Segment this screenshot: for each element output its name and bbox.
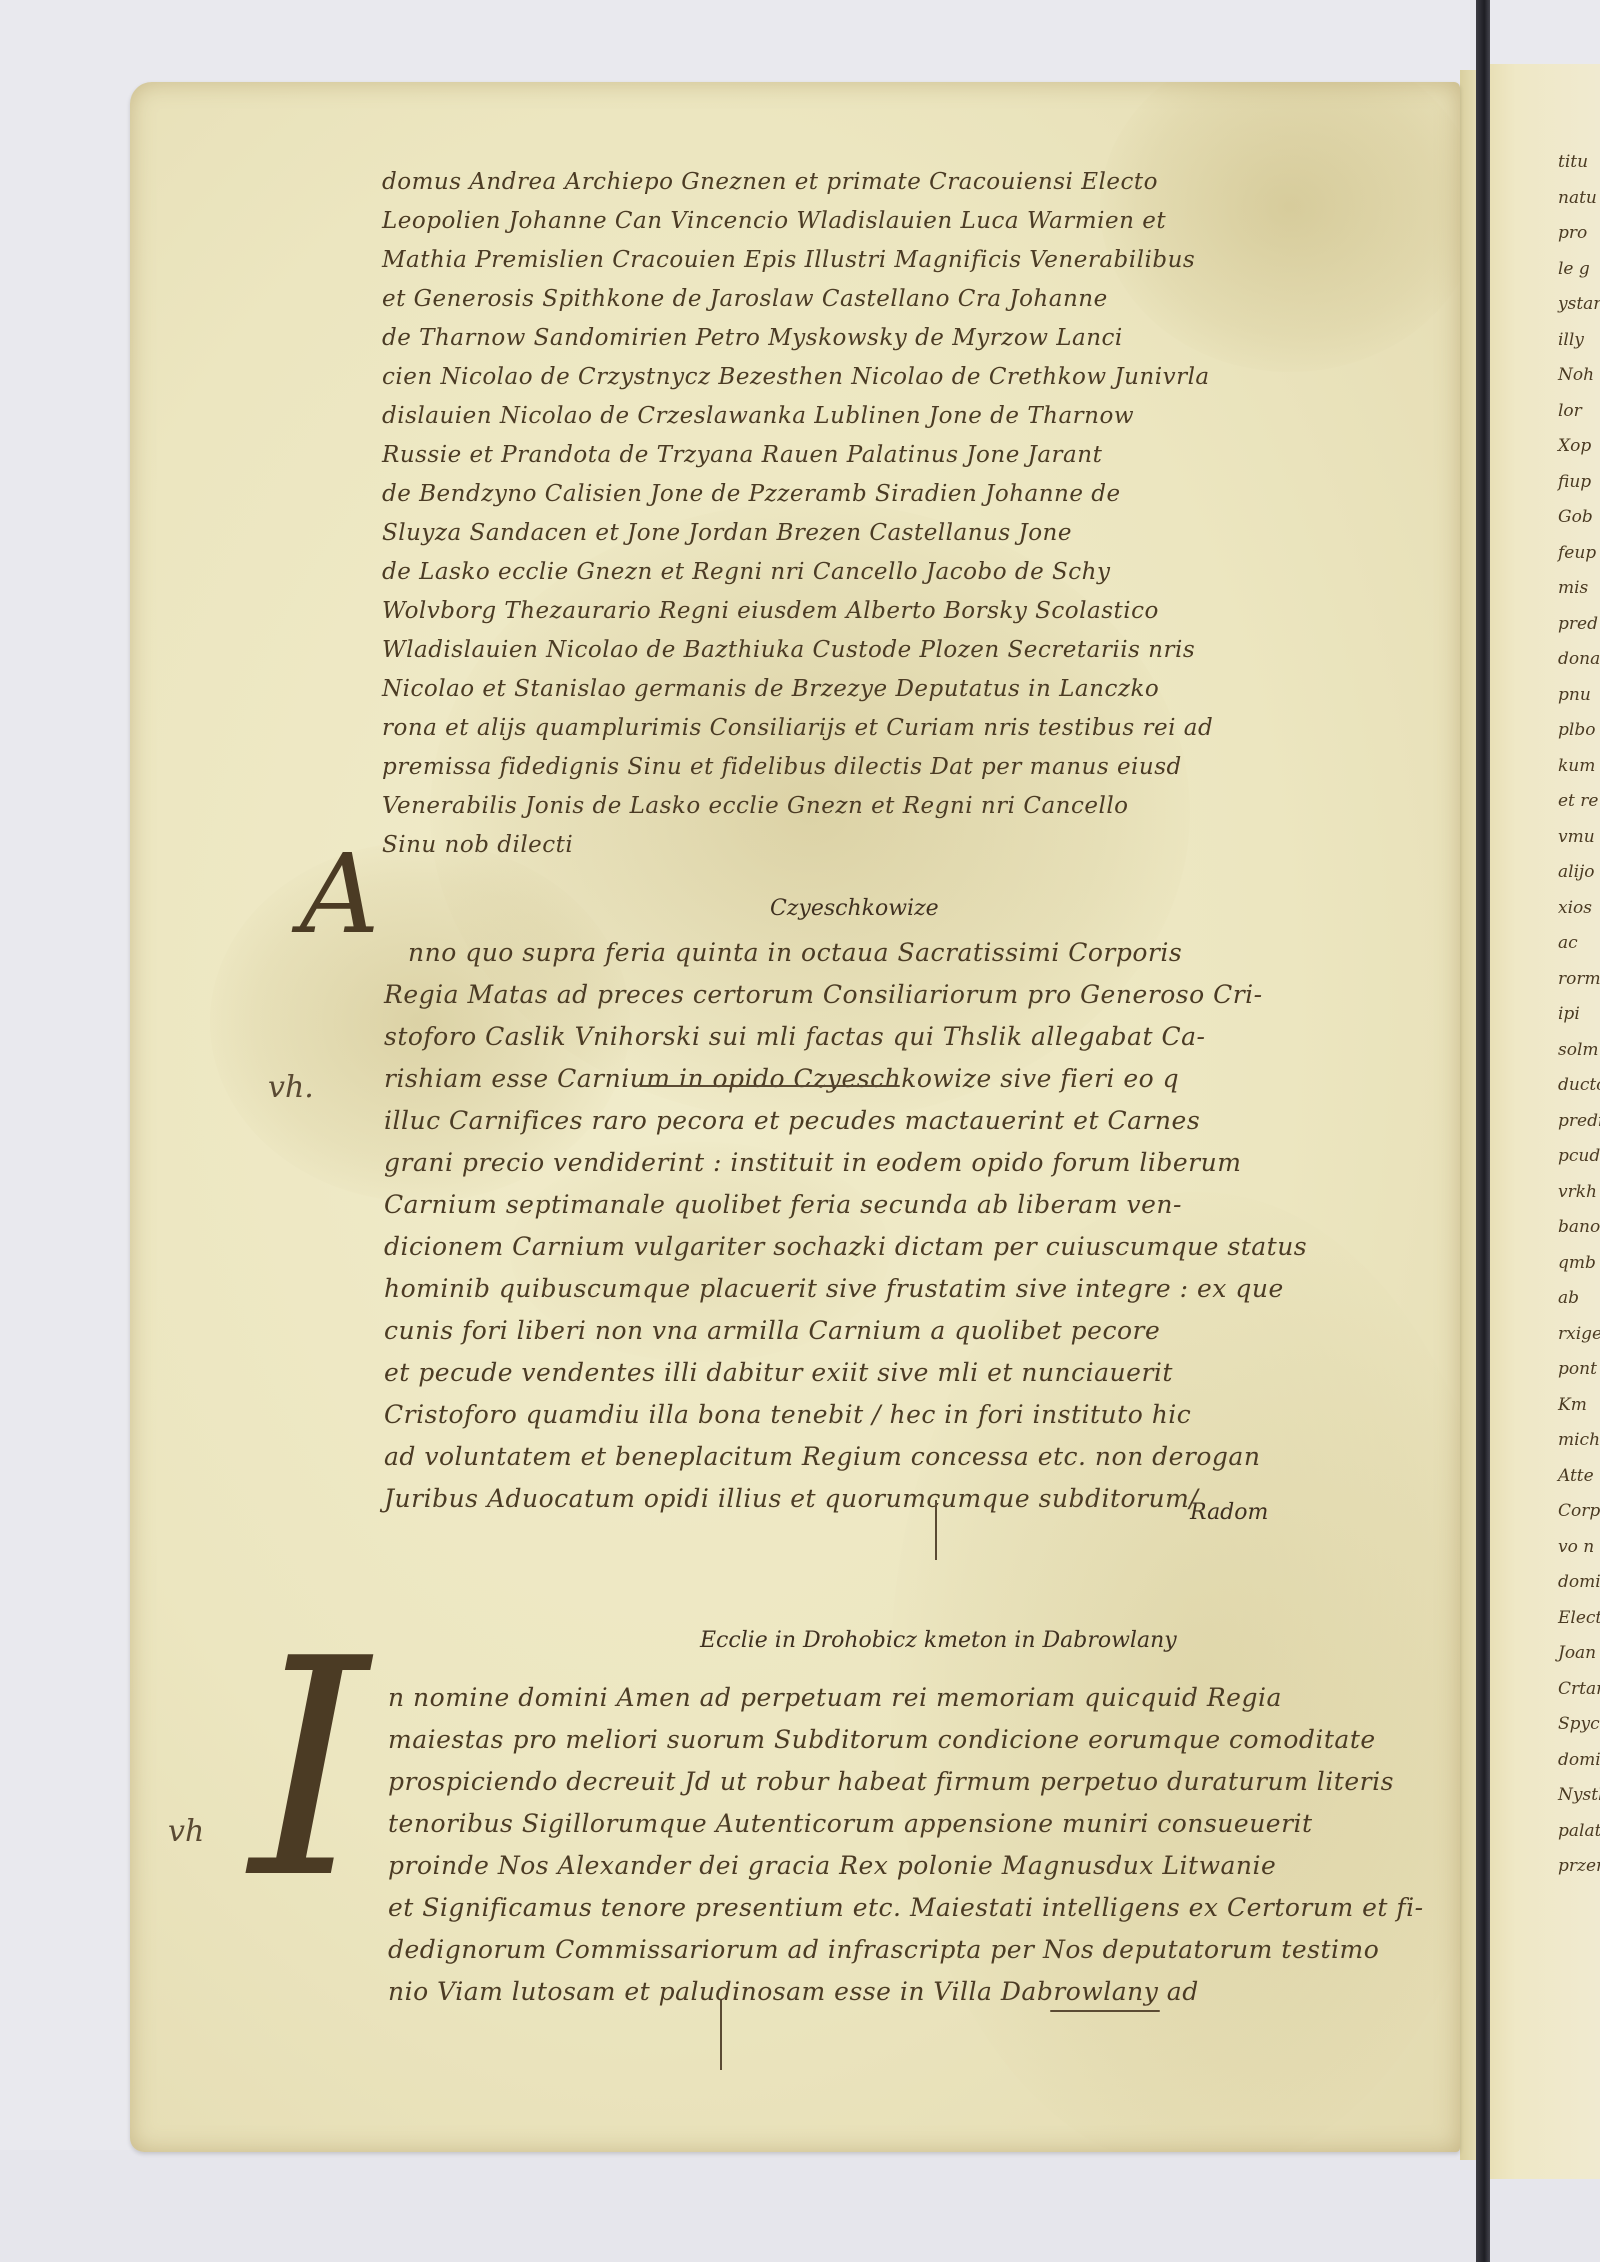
text-line: tenoribus Sigillorumque Autenticorum app…: [388, 1803, 1424, 1845]
facing-page-line-fragment: Xop: [1558, 436, 1591, 456]
text-line: nno quo supra feria quinta in octaua Sac…: [384, 932, 1307, 974]
facing-page-line-fragment: vmu: [1558, 827, 1595, 847]
decorated-initial: I: [250, 1620, 369, 1920]
text-line: Mathia Premislien Cracouien Epis Illustr…: [382, 241, 1213, 280]
text-line: et Significamus tenore presentium etc. M…: [388, 1887, 1424, 1929]
facing-page-line-fragment: Noh: [1558, 365, 1594, 385]
facing-page-line-fragment: le g: [1558, 259, 1590, 279]
text-line: dicionem Carnium vulgariter sochazki dic…: [384, 1226, 1307, 1268]
facing-page-line-fragment: feup: [1558, 543, 1596, 563]
text-line: hominib quibuscumque placuerit sive frus…: [384, 1268, 1307, 1310]
text-line: Sinu nob dilecti: [382, 826, 1213, 865]
facing-page: titunatuprole gystarillyNohlorXopfiupGob…: [1480, 64, 1600, 2179]
facing-page-line-fragment: Atte: [1558, 1466, 1594, 1486]
facing-page-line-fragment: solm: [1558, 1040, 1599, 1060]
facing-page-line-fragment: mich: [1558, 1430, 1600, 1450]
ink-flourish: [720, 2000, 722, 2070]
text-line: domus Andrea Archiepo Gneznen et primate…: [382, 163, 1213, 202]
catchword: Radom: [1190, 1500, 1268, 1525]
text-line: Nicolao et Stanislao germanis de Brzezye…: [382, 670, 1213, 709]
facing-page-line-fragment: Corpo: [1558, 1501, 1600, 1521]
facing-page-line-fragment: Gob: [1558, 507, 1593, 527]
facing-page-line-fragment: qmb: [1558, 1253, 1596, 1273]
facing-page-line-fragment: rorm: [1558, 969, 1600, 989]
facing-page-line-fragment: natu: [1558, 188, 1597, 208]
facing-page-line-fragment: alijo: [1558, 862, 1595, 882]
text-line: cunis fori liberi non vna armilla Carniu…: [384, 1310, 1307, 1352]
text-line: rona et alijs quamplurimis Consiliarijs …: [382, 709, 1213, 748]
facing-page-line-fragment: rxige: [1558, 1324, 1600, 1344]
ink-flourish: [935, 1500, 937, 1560]
facing-page-line-fragment: domi: [1558, 1572, 1600, 1592]
text-line: Sluyza Sandacen et Jone Jordan Brezen Ca…: [382, 514, 1213, 553]
text-line: Venerabilis Jonis de Lasko ecclie Gnezn …: [382, 787, 1213, 826]
facing-page-line-fragment: domir: [1558, 1750, 1600, 1770]
paragraph-witness-list: domus Andrea Archiepo Gneznen et primate…: [382, 163, 1213, 865]
paragraph-dabrowlany: n nomine domini Amen ad perpetuam rei me…: [388, 1677, 1424, 2013]
facing-page-line-fragment: Elect: [1558, 1608, 1600, 1628]
text-line: nio Viam lutosam et paludinosam esse in …: [388, 1971, 1424, 2013]
facing-page-line-fragment: illy: [1558, 330, 1584, 350]
facing-page-line-fragment: pont: [1558, 1359, 1597, 1379]
facing-page-line-fragment: xios: [1558, 898, 1592, 918]
margin-note: vh: [168, 1814, 204, 1849]
facing-page-line-fragment: Nysth: [1558, 1785, 1600, 1805]
facing-page-line-fragment: titu: [1558, 152, 1588, 172]
facing-page-line-fragment: Joan: [1558, 1643, 1596, 1663]
facing-page-line-fragment: fiup: [1558, 472, 1591, 492]
text-line: n nomine domini Amen ad perpetuam rei me…: [388, 1677, 1424, 1719]
entry-heading: Ecclie in Drohobicz kmeton in Dabrowlany: [700, 1628, 1177, 1653]
place-name-underline: [640, 1085, 900, 1087]
text-line: Russie et Prandota de Trzyana Rauen Pala…: [382, 436, 1213, 475]
text-line: ad voluntatem et beneplacitum Regium con…: [384, 1436, 1307, 1478]
facing-page-line-fragment: Spych: [1558, 1714, 1600, 1734]
text-line: dislauien Nicolao de Crzeslawanka Lublin…: [382, 397, 1213, 436]
facing-page-line-fragment: et re: [1558, 791, 1598, 811]
facing-page-line-fragment: bano: [1558, 1217, 1600, 1237]
facing-page-line-fragment: pcud: [1558, 1146, 1600, 1166]
text-line: Cristoforo quamdiu illa bona tenebit / h…: [384, 1394, 1307, 1436]
facing-page-line-fragment: pnu: [1558, 685, 1591, 705]
facing-page-line-fragment: dona: [1558, 649, 1600, 669]
text-line: de Lasko ecclie Gnezn et Regni nri Cance…: [382, 553, 1213, 592]
text-line: Wolvborg Thezaurario Regni eiusdem Alber…: [382, 592, 1213, 631]
facing-page-line-fragment: Crtan: [1558, 1679, 1600, 1699]
facing-page-line-fragment: predi: [1558, 1111, 1600, 1131]
facing-page-line-fragment: mis: [1558, 578, 1588, 598]
text-line: premissa fidedignis Sinu et fidelibus di…: [382, 748, 1213, 787]
facing-page-line-fragment: palati: [1558, 1821, 1600, 1841]
facing-page-line-fragment: ystar: [1558, 294, 1600, 314]
text-line: illuc Carnifices raro pecora et pecudes …: [384, 1100, 1307, 1142]
facing-page-line-fragment: ducto: [1558, 1075, 1600, 1095]
facing-page-line-fragment: vo n: [1558, 1537, 1594, 1557]
book-gutter: [1476, 0, 1490, 2262]
text-line: Carnium septimanale quolibet feria secun…: [384, 1184, 1307, 1226]
facing-page-line-fragment: plbo: [1558, 720, 1595, 740]
facing-page-line-fragment: vrkh: [1558, 1182, 1597, 1202]
text-line: et Generosis Spithkone de Jaroslaw Caste…: [382, 280, 1213, 319]
text-line: stoforo Caslik Vnihorski sui mli factas …: [384, 1016, 1307, 1058]
margin-note: vh.: [268, 1070, 314, 1105]
text-line: rishiam esse Carnium in opido Czyeschkow…: [384, 1058, 1307, 1100]
text-line: Juribus Aduocatum opidi illius et quorum…: [384, 1478, 1307, 1520]
scan-background: [0, 2150, 1600, 2262]
text-line: Regia Matas ad preces certorum Consiliar…: [384, 974, 1307, 1016]
facing-page-line-fragment: ac: [1558, 933, 1578, 953]
text-line: prospiciendo decreuit Jd ut robur habeat…: [388, 1761, 1424, 1803]
facing-page-line-fragment: pred: [1558, 614, 1598, 634]
text-line: grani precio vendiderint : instituit in …: [384, 1142, 1307, 1184]
facing-page-line-fragment: lor: [1558, 401, 1582, 421]
text-line: proinde Nos Alexander dei gracia Rex pol…: [388, 1845, 1424, 1887]
facing-page-line-fragment: ipi: [1558, 1004, 1580, 1024]
facing-page-line-fragment: ab: [1558, 1288, 1579, 1308]
place-name-underline: [1050, 2010, 1160, 2012]
text-line: Wladislauien Nicolao de Bazthiuka Custod…: [382, 631, 1213, 670]
text-line: cien Nicolao de Crzystnycz Bezesthen Nic…: [382, 358, 1213, 397]
facing-page-line-fragment: pro: [1558, 223, 1587, 243]
entry-heading: Czyeschkowize: [770, 896, 939, 921]
text-line: Leopolien Johanne Can Vincencio Wladisla…: [382, 202, 1213, 241]
decorated-initial: A: [300, 830, 379, 958]
text-line: et pecude vendentes illi dabitur exiit s…: [384, 1352, 1307, 1394]
facing-page-line-fragment: Km: [1558, 1395, 1587, 1415]
facing-page-line-fragment: przera: [1558, 1856, 1600, 1876]
text-line: de Bendzyno Calisien Jone de Pzzeramb Si…: [382, 475, 1213, 514]
text-line: de Tharnow Sandomirien Petro Myskowsky d…: [382, 319, 1213, 358]
facing-page-line-fragment: kum: [1558, 756, 1595, 776]
text-line: maiestas pro meliori suorum Subditorum c…: [388, 1719, 1424, 1761]
text-line: dedignorum Commissariorum ad infrascript…: [388, 1929, 1424, 1971]
paragraph-czyeschkowize: nno quo supra feria quinta in octaua Sac…: [384, 932, 1307, 1520]
